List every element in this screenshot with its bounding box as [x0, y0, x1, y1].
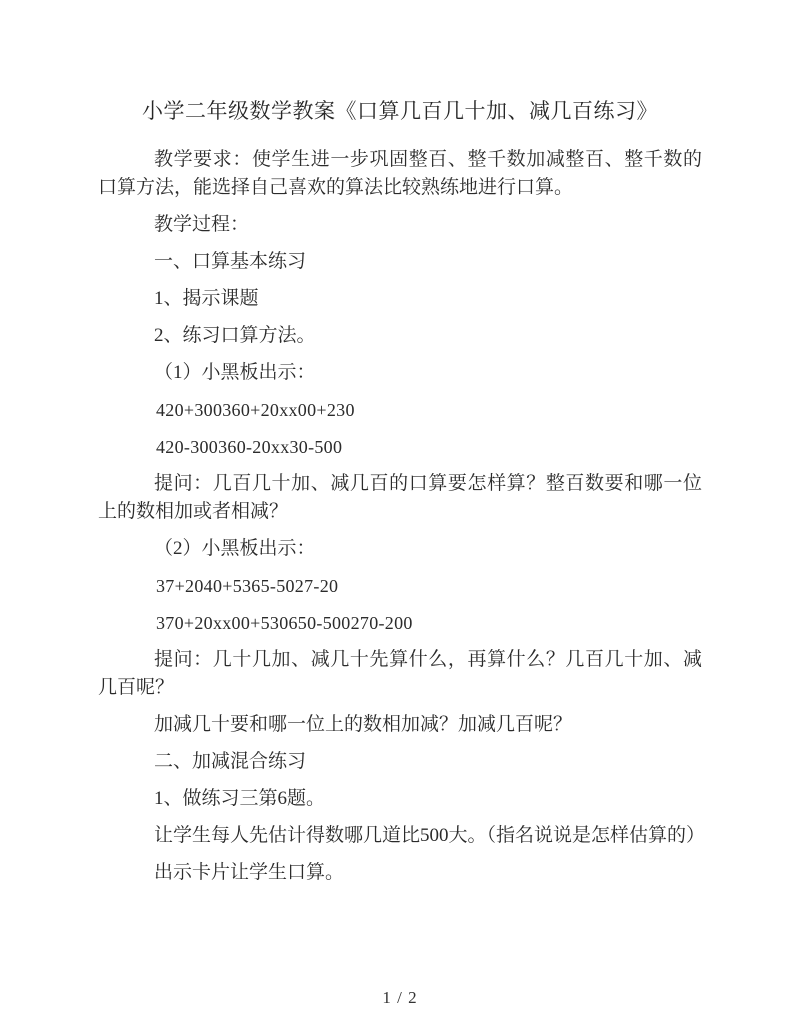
paragraph-blackboard-1: （1）小黑板出示：: [98, 359, 702, 387]
paragraph-card-instruction: 出示卡片让学生口算。: [98, 859, 702, 887]
equation-line-4: 370+20xx00+530650-500270-200: [98, 609, 702, 637]
paragraph-teaching-requirements: 教学要求：使学生进一步巩固整百、整千数加减整百、整千数的口算方法，能选择自己喜欢…: [98, 146, 702, 202]
paragraph-step-2: 2、练习口算方法。: [98, 322, 702, 350]
document-page: 小学二年级数学教案《口算几百几十加、减几百练习》 教学要求：使学生进一步巩固整百…: [0, 0, 800, 1036]
paragraph-section-2-heading: 二、加减混合练习: [98, 748, 702, 776]
document-title: 小学二年级数学教案《口算几百几十加、减几百练习》: [98, 96, 702, 126]
paragraph-step-1: 1、揭示课题: [98, 285, 702, 313]
paragraph-question-1: 提问：几百几十加、减几百的口算要怎样算？整百数要和哪一位上的数相加或者相减？: [98, 470, 702, 526]
equation-line-3: 37+2040+5365-5027-20: [98, 572, 702, 600]
paragraph-teaching-process: 教学过程：: [98, 211, 702, 239]
paragraph-estimate-instruction: 让学生每人先估计得数哪几道比500大。（指名说说是怎样估算的）: [98, 822, 702, 850]
paragraph-section-1-heading: 一、口算基本练习: [98, 248, 702, 276]
paragraph-question-2: 提问：几十几加、减几十先算什么，再算什么？几百几十加、减几百呢？: [98, 646, 702, 702]
page-number: 1 / 2: [0, 988, 800, 1008]
paragraph-blackboard-2: （2）小黑板出示：: [98, 535, 702, 563]
paragraph-question-3: 加减几十要和哪一位上的数相加减？加减几百呢？: [98, 711, 702, 739]
paragraph-exercise-6: 1、做练习三第6题。: [98, 785, 702, 813]
equation-line-1: 420+300360+20xx00+230: [98, 396, 702, 424]
equation-line-2: 420-300360-20xx30-500: [98, 433, 702, 461]
